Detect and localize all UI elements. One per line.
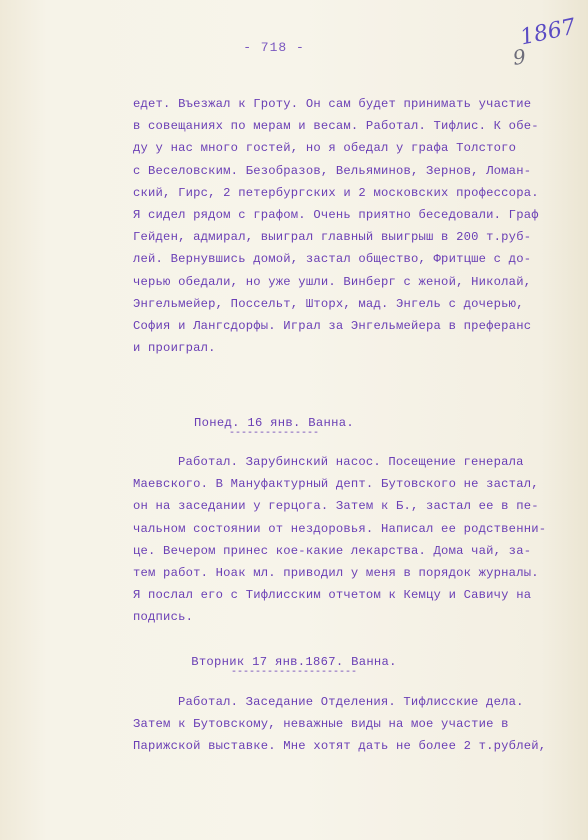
text-line: Я сидел рядом с графом. Очень приятно бе… — [133, 204, 553, 226]
text-line: Маевского. В Мануфактурный депт. Бутовск… — [133, 473, 553, 495]
text-line: Работал. Зарубинский насос. Посещение ге… — [133, 451, 553, 473]
text-line: чальном состоянии от нездоровья. Написал… — [133, 518, 553, 540]
text-line: це. Вечером принес кое-какие лекарства. … — [133, 540, 553, 562]
handwritten-year: 1867 — [518, 14, 578, 50]
text-line: Затем к Бутовскому, неважные виды на мое… — [133, 713, 553, 735]
text-line: подпись. — [133, 606, 553, 628]
heading-underline: --------------------- — [0, 669, 588, 677]
text-line: ский, Гирс, 2 петербургских и 2 московск… — [133, 182, 553, 204]
text-line: черью обедали, но уже ушли. Винберг с же… — [133, 271, 553, 293]
text-line: лей. Вернувшись домой, застал общество, … — [133, 248, 553, 270]
paragraph-jan-16: Работал. Зарубинский насос. Посещение ге… — [133, 451, 553, 629]
text-line: Я послал его с Тифлисским отчетом к Кемц… — [133, 584, 553, 606]
document-page: - 718 - 1867 9 едет. Въезжал к Гроту. Он… — [0, 0, 588, 840]
text-line: с Веселовским. Безобразов, Вельяминов, З… — [133, 160, 553, 182]
text-line: в совещаниях по мерам и весам. Работал. … — [133, 115, 553, 137]
handwritten-sheet-number: 9 — [511, 44, 527, 70]
paragraph-continuation: едет. Въезжал к Гроту. Он сам будет прин… — [133, 93, 553, 359]
text-line: Работал. Заседание Отделения. Тифлисские… — [133, 691, 553, 713]
entry-heading-jan-17: Вторник 17 янв.1867. Ванна. ------------… — [0, 655, 588, 677]
page-number: - 718 - — [0, 40, 568, 55]
heading-underline: --------------- — [0, 430, 568, 438]
entry-heading-jan-16: Понед. 16 янв. Ванна. --------------- — [0, 416, 568, 438]
text-line: Гейден, адмирал, выиграл главный выигрыш… — [133, 226, 553, 248]
text-line: ду у нас много гостей, но я обедал у гра… — [133, 137, 553, 159]
text-line: и проиграл. — [133, 337, 553, 359]
text-line: он на заседании у герцога. Затем к Б., з… — [133, 495, 553, 517]
text-line: София и Лангсдорфы. Играл за Энгельмейер… — [133, 315, 553, 337]
text-line: едет. Въезжал к Гроту. Он сам будет прин… — [133, 93, 553, 115]
text-line: тем работ. Ноак мл. приводил у меня в по… — [133, 562, 553, 584]
text-line: Энгельмейер, Поссельт, Шторх, мад. Энгел… — [133, 293, 553, 315]
text-line: Парижской выставке. Мне хотят дать не бо… — [133, 735, 553, 757]
paragraph-jan-17: Работал. Заседание Отделения. Тифлисские… — [133, 691, 553, 758]
